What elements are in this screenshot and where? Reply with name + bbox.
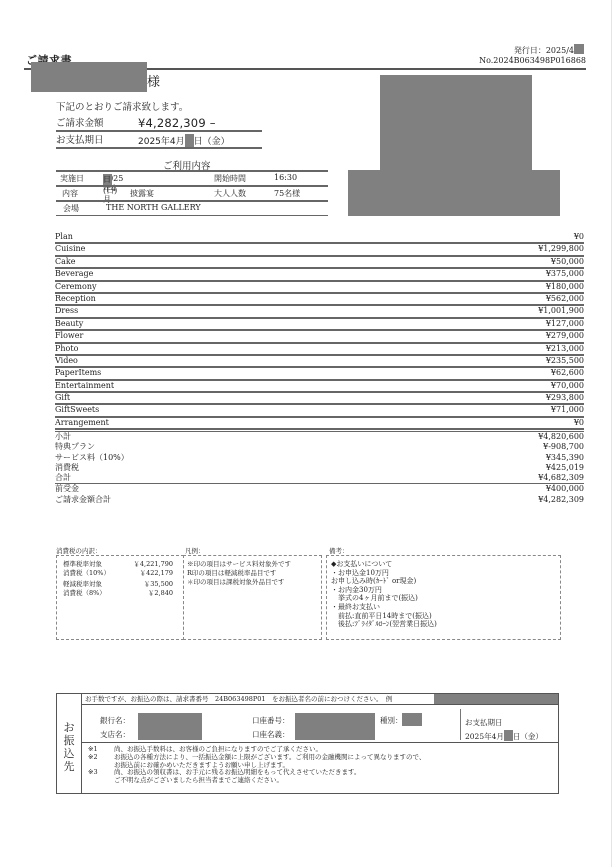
redacted-due-day: [185, 134, 194, 147]
totals-name: 合計: [55, 473, 71, 483]
tax-breakdown-box: 標準税率対象￥4,221,790消費税（10%）￥422,179軽減税率対象￥3…: [56, 555, 184, 640]
totals-row: 前受金¥400,000: [55, 484, 584, 494]
issue-date-text: 発行日：2025/4: [514, 46, 574, 55]
remarks-line: 挙式の4ヶ月前まで(振込): [331, 594, 560, 603]
totals-price: ¥4,282,309: [538, 495, 584, 505]
honorific: 様: [147, 71, 160, 90]
intro-text: 下記のとおりご請求致します。: [56, 99, 188, 113]
line-item-name: GiftSweets: [55, 405, 99, 415]
payment-due-suffix: 日（金）: [513, 732, 543, 741]
usage-table: 実施日 2025年4月日(日) 開始時間 16:30 内容 披露宴 大人人数 7…: [56, 170, 328, 216]
totals-price: ¥-908,700: [543, 442, 584, 452]
line-item-row: Ceremony¥180,000: [55, 282, 584, 294]
line-item-name: Reception: [55, 294, 96, 304]
payment-note-row: ご不明な点がございましたら担当者までご連絡ください。: [82, 777, 558, 785]
tax-breakdown-label: 消費税の内訳：: [56, 546, 102, 555]
redacted-payment-due-day: [504, 730, 513, 741]
line-item-row: Reception¥562,000: [55, 294, 584, 306]
legend-line: R印の項目は軽減税率品目です: [187, 569, 321, 578]
line-item-price: ¥0: [574, 232, 584, 242]
tax-item-value: ￥35,500: [144, 580, 173, 589]
line-item-name: PaperItems: [55, 368, 101, 378]
due-date-label: お支払期日: [56, 132, 104, 146]
line-item-price: ¥180,000: [546, 282, 584, 292]
line-item-name: Entertainment: [55, 381, 114, 391]
remarks-line: お申し込み時(ｶｰﾄﾞ or現金): [331, 577, 560, 586]
payment-due-prefix: 2025年4月: [465, 732, 504, 741]
redacted-account-number: [295, 713, 375, 726]
totals-price: ¥4,682,309: [538, 473, 584, 483]
line-items-table: Plan¥0Cuisine¥1,299,800Cake¥50,000Bevera…: [55, 232, 584, 430]
usage-date-label: 実施日: [60, 173, 84, 184]
vertical-label-char: 振: [63, 734, 75, 747]
redacted-account-name: [295, 726, 375, 740]
payment-due-value: 2025年4月日（金）: [465, 730, 543, 742]
tax-item-name: 消費税（8%）: [63, 589, 106, 598]
payment-notice-text: お手数ですが、お振込の際は、請求書番号 24B063498P01 をお振込者名の…: [85, 694, 392, 704]
remarks-box: ◆お支払いについて・お申込金10万円お申し込み時(ｶｰﾄﾞ or現金)・お内金3…: [326, 555, 561, 640]
line-item-price: ¥71,000: [551, 405, 584, 415]
start-time-value: 16:30: [274, 173, 297, 182]
totals-row: 消費税¥425,019: [55, 463, 584, 473]
line-item-name: Flower: [55, 331, 83, 341]
legend-box: ※印の項目はサービス料対象外ですR印の項目は軽減税率品目です＊印の項目は課税対象…: [183, 555, 322, 640]
redacted-branch-name: [138, 726, 202, 740]
line-item-row: Video¥235,500: [55, 356, 584, 368]
payment-vertical-label: お振込先: [57, 694, 82, 793]
venue-label: 会場: [63, 203, 79, 214]
usage-row-date: 実施日 2025年4月日(日) 開始時間 16:30: [56, 170, 328, 185]
tax-item-value: ￥2,840: [148, 589, 173, 598]
payment-notes: ※1尚、お振込手数料は、お客様のご負担になりますのでご了承ください。※2お振込の…: [82, 743, 558, 785]
remarks-line: ・お申込金10万円: [331, 569, 560, 578]
totals-price: ¥345,390: [546, 453, 584, 463]
line-item-name: Gift: [55, 393, 70, 403]
usage-row-content: 内容 披露宴 大人人数 75名様: [56, 185, 328, 200]
redacted-day: [574, 44, 584, 54]
tax-item-value: ￥422,179: [140, 569, 173, 578]
totals-price: ¥425,019: [546, 463, 584, 473]
start-time-label: 開始時間: [214, 173, 246, 184]
content-value: 披露宴: [130, 188, 154, 199]
line-item-name: Ceremony: [55, 282, 97, 292]
line-item-row: Entertainment¥70,000: [55, 381, 584, 393]
totals-row: 小計¥4,820,600: [55, 432, 584, 442]
payment-notice: お手数ですが、お振込の際は、請求書番号 24B063498P01 をお振込者名の…: [82, 694, 558, 705]
redacted-example: [434, 694, 558, 704]
line-item-price: ¥562,000: [546, 294, 584, 304]
account-name-label: 口座名義：: [252, 729, 290, 740]
billing-amount-label: ご請求金額: [56, 115, 104, 129]
line-item-name: Beverage: [55, 269, 93, 279]
line-item-price: ¥127,000: [546, 319, 584, 329]
line-item-price: ¥279,000: [546, 331, 584, 341]
legend-line: ＊印の項目は課税対象外品目です: [187, 578, 321, 587]
line-item-name: Cuisine: [55, 244, 85, 254]
venue-value: THE NORTH GALLERY: [106, 203, 201, 212]
line-item-name: Arrangement: [55, 418, 109, 428]
bank-name-label: 銀行名：: [100, 715, 130, 726]
payment-note-mark: ※2: [88, 754, 98, 762]
line-item-price: ¥1,299,800: [538, 244, 584, 254]
line-item-price: ¥70,000: [551, 381, 584, 391]
totals-row: 特典プラン¥-908,700: [55, 442, 584, 452]
line-item-name: Plan: [55, 232, 73, 242]
guest-count-value: 75名様: [274, 188, 300, 199]
tax-breakdown-row: 軽減税率対象￥35,500: [63, 580, 173, 589]
line-item-price: ¥1,001,900: [538, 306, 584, 316]
issue-date: 発行日：2025/4: [514, 44, 584, 56]
legend-label: 凡例：: [185, 546, 205, 555]
remarks-line: ◆お支払いについて: [331, 560, 560, 569]
legend-line: ※印の項目はサービス料対象外です: [187, 560, 321, 569]
totals-name: 前受金: [55, 484, 79, 494]
tax-breakdown-row: 消費税（10%）￥422,179: [63, 569, 173, 578]
totals-price: ¥4,820,600: [538, 432, 584, 442]
totals-row: 合計¥4,682,309: [55, 473, 584, 484]
guest-count-label: 大人人数: [214, 188, 246, 199]
line-item-name: Beauty: [55, 319, 83, 329]
line-item-name: Video: [55, 356, 78, 366]
tax-item-value: ￥4,221,790: [133, 560, 173, 569]
tax-breakdown-rows: 標準税率対象￥4,221,790消費税（10%）￥422,179軽減税率対象￥3…: [63, 560, 173, 598]
payment-note-mark: ※3: [88, 769, 98, 777]
totals-row: ご請求金額合計¥4,282,309: [55, 495, 584, 505]
due-date-value: 2025年4月日（金）: [138, 134, 230, 147]
line-item-price: ¥293,800: [546, 393, 584, 403]
totals-name: 特典プラン: [55, 442, 95, 452]
line-item-row: Dress¥1,001,900: [55, 306, 584, 318]
line-item-price: ¥375,000: [546, 269, 584, 279]
line-item-row: Arrangement¥0: [55, 418, 584, 430]
remarks-line: ・最終お支払い: [331, 603, 560, 612]
line-item-row: Flower¥279,000: [55, 331, 584, 343]
payment-info-box: お振込先 お手数ですが、お振込の際は、請求書番号 24B063498P01 をお…: [56, 693, 559, 794]
tax-item-name: 標準税率対象: [63, 560, 102, 569]
redacted-company-info: [348, 170, 560, 216]
line-item-name: Dress: [55, 306, 78, 316]
totals-name: 小計: [55, 432, 71, 442]
totals-price: ¥400,000: [546, 484, 584, 494]
line-item-price: ¥213,000: [546, 344, 584, 354]
tax-item-name: 軽減税率対象: [63, 580, 102, 589]
vertical-label-char: 先: [63, 760, 75, 773]
legend-lines: ※印の項目はサービス料対象外ですR印の項目は軽減税率品目です＊印の項目は課税対象…: [187, 560, 321, 587]
account-number-label: 口座番号：: [252, 715, 290, 726]
totals-name: サービス料（10%）: [55, 453, 129, 463]
line-item-row: Cuisine¥1,299,800: [55, 244, 584, 256]
remarks-line: 前払:直前平日14時まで(振込): [331, 612, 560, 621]
account-type-label: 種別：: [380, 715, 403, 726]
remarks-lines: ◆お支払いについて・お申込金10万円お申し込み時(ｶｰﾄﾞ or現金)・お内金3…: [331, 560, 560, 629]
due-divider: [460, 709, 461, 740]
due-date-row: お支払期日 2025年4月日（金）: [56, 132, 262, 149]
billing-amount-value: ¥4,282,309 –: [138, 116, 216, 130]
vertical-label-char: お: [63, 721, 75, 734]
redacted-account-type: [402, 713, 422, 726]
tax-item-name: 消費税（10%）: [63, 569, 110, 578]
line-item-name: Photo: [55, 344, 78, 354]
line-item-price: ¥50,000: [551, 257, 584, 267]
line-item-row: PaperItems¥62,600: [55, 368, 584, 380]
line-item-name: Cake: [55, 257, 75, 267]
remarks-line: 後払:ﾌﾞﾗｲﾀﾞﾙﾛｰﾝ(翌営業日振込): [331, 620, 560, 629]
line-item-price: ¥235,500: [546, 356, 584, 366]
due-date-prefix: 2025年4月: [138, 137, 185, 147]
tax-breakdown-row: 標準税率対象￥4,221,790: [63, 560, 173, 569]
page-edge: [611, 0, 612, 867]
totals-name: 消費税: [55, 463, 79, 473]
vertical-label-text: お振込先: [63, 721, 75, 773]
line-item-price: ¥62,600: [551, 368, 584, 378]
vertical-label-char: 込: [63, 747, 75, 760]
line-item-row: Plan¥0: [55, 232, 584, 244]
redacted-bank-name: [138, 713, 202, 726]
payment-note-text: ご不明な点がございましたら担当者までご連絡ください。: [114, 777, 283, 785]
totals-name: ご請求金額合計: [55, 495, 111, 505]
totals-row: サービス料（10%）¥345,390: [55, 453, 584, 463]
line-item-price: ¥0: [574, 418, 584, 428]
bank-details: 銀行名： 支店名： 口座番号： 口座名義： 種別： お支払期日 2025年4月日…: [82, 705, 558, 743]
redacted-company-logo: [380, 75, 532, 171]
line-item-row: Gift¥293,800: [55, 393, 584, 405]
content-label: 内容: [62, 188, 78, 199]
usage-row-venue: 会場 THE NORTH GALLERY: [56, 200, 328, 216]
remarks-label: 備考：: [329, 546, 349, 555]
payment-due-label: お支払期日: [465, 717, 503, 728]
due-date-suffix: 日（金）: [194, 137, 230, 147]
totals-table: 小計¥4,820,600特典プラン¥-908,700サービス料（10%）¥345…: [55, 431, 584, 505]
line-item-row: Beauty¥127,000: [55, 319, 584, 331]
line-item-row: Beverage¥375,000: [55, 269, 584, 281]
redacted-recipient-name: [31, 62, 147, 92]
billing-amount-row: ご請求金額 ¥4,282,309 –: [56, 115, 262, 132]
line-item-row: GiftSweets¥71,000: [55, 405, 584, 417]
tax-breakdown-row: 消費税（8%）￥2,840: [63, 589, 173, 598]
branch-name-label: 支店名：: [100, 729, 130, 740]
line-item-row: Cake¥50,000: [55, 257, 584, 269]
line-item-row: Photo¥213,000: [55, 344, 584, 356]
document-number: No.2024B063498P016868: [479, 56, 586, 65]
